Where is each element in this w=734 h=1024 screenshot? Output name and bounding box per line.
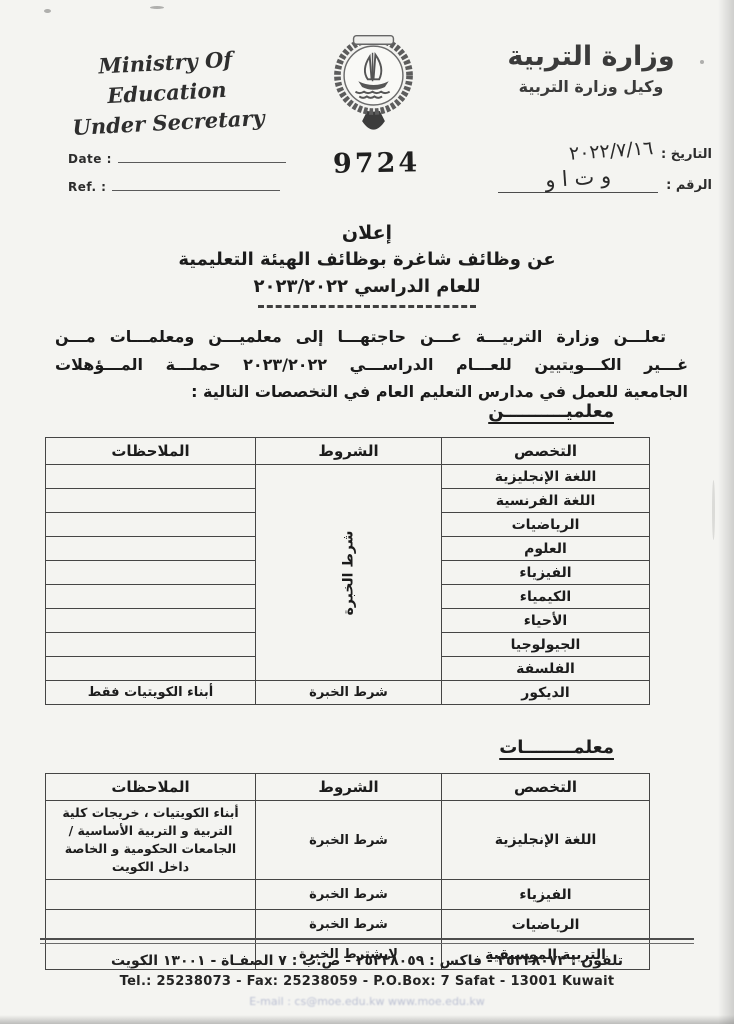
handwritten-ref-number: و ت ا و	[544, 164, 611, 193]
condition-cell: شرط الخبرة	[256, 681, 442, 705]
specialization-cell: اللغة الإنجليزية	[442, 465, 650, 489]
title-line-2: عن وظائف شاغرة بوظائف الهيئة التعليمية	[0, 246, 734, 273]
footer-email-line: E-mail : cs@moe.edu.kw www.moe.edu.kw	[0, 995, 734, 1008]
footer-double-rule	[40, 938, 694, 944]
specialization-cell: الرياضيات	[442, 910, 650, 940]
ref-label-ar: الرقم :	[666, 178, 712, 193]
footer-contact-en: Tel.: 25238073 - Fax: 25238059 - P.O.Box…	[0, 974, 734, 989]
title-line-1: إعلان	[0, 220, 734, 246]
stamped-serial-number: 9724	[333, 147, 421, 180]
title-dashed-underline	[258, 305, 476, 308]
intro-line-1: تعلـــن وزارة التربيـــة عـــن حاجتهـــا…	[55, 323, 688, 351]
col-header-specialization: التخصص	[442, 774, 650, 801]
letterhead-footer: تلفون : ٢٥٢٣٨٠٧٣ - فاكس : ٢٥٢٣٨٠٥٩ - ص.ب…	[0, 938, 734, 1008]
specialization-cell: اللغة الإنجليزية	[442, 801, 650, 880]
note-cell	[46, 633, 256, 657]
note-cell	[46, 585, 256, 609]
female-teachers-heading: معلمــــــــات	[45, 737, 649, 758]
specialization-cell: الأحياء	[442, 609, 650, 633]
specialization-cell: الديكور	[442, 681, 650, 705]
specialization-cell: الجيولوجيا	[442, 633, 650, 657]
table-row: اللغة الإنجليزية شرط الخبرة أبناء الكويت…	[46, 801, 650, 880]
kuwait-emblem-icon	[326, 30, 421, 146]
condition-cell: شرط الخبرة	[256, 801, 442, 880]
male-teachers-heading: معلميــــــــــن	[45, 401, 649, 422]
condition-cell: شرط الخبرة	[256, 880, 442, 910]
note-cell: أبناء الكويتيات ، خريجات كلية التربية و …	[46, 801, 256, 880]
scanned-announcement-page: Ministry Of Education Under Secretary وز…	[0, 0, 734, 1024]
date-ref-block-en: Date : Ref. :	[68, 152, 286, 208]
note-cell	[46, 561, 256, 585]
ministry-ar-line1: وزارة التربية	[476, 40, 706, 74]
footer-contact-ar: تلفون : ٢٥٢٣٨٠٧٣ - فاكس : ٢٥٢٣٨٠٥٩ - ص.ب…	[0, 953, 734, 969]
specialization-cell: الفيزياء	[442, 561, 650, 585]
table-row: الفيزياء شرط الخبرة	[46, 880, 650, 910]
col-header-notes: الملاحظات	[46, 774, 256, 801]
announcement-title: إعلان عن وظائف شاغرة بوظائف الهيئة التعل…	[0, 220, 734, 308]
vertical-condition-text: شرط الخبرة	[341, 484, 357, 661]
condition-cell: شرط الخبرة	[256, 910, 442, 940]
col-header-specialization: التخصص	[442, 438, 650, 465]
male-teachers-table: التخصص الشروط الملاحظات اللغة الإنجليزية…	[45, 437, 650, 705]
note-cell	[46, 880, 256, 910]
merged-condition-cell: شرط الخبرة	[256, 465, 442, 681]
note-cell	[46, 537, 256, 561]
scan-speck	[712, 480, 715, 540]
note-cell	[46, 513, 256, 537]
intro-paragraph: تعلـــن وزارة التربيـــة عـــن حاجتهـــا…	[55, 323, 688, 406]
specialization-cell: اللغة الفرنسية	[442, 489, 650, 513]
col-header-conditions: الشروط	[256, 438, 442, 465]
ref-label-en: Ref. :	[68, 180, 106, 194]
specialization-cell: الكيمياء	[442, 585, 650, 609]
intro-line-2: غـــير الكـــويتيين للعـــام الدراســـي …	[55, 351, 688, 379]
handwritten-date: ٢٠٢٢/٧/١٦	[568, 137, 654, 165]
specialization-cell: الفلسفة	[442, 657, 650, 681]
table-row: الرياضيات شرط الخبرة	[46, 910, 650, 940]
scan-speck	[44, 9, 51, 13]
under-secretary-ar: وكيل وزارة التربية	[476, 74, 706, 100]
table-row: اللغة الإنجليزية شرط الخبرة	[46, 465, 650, 489]
date-label-en: Date :	[68, 152, 112, 166]
specialization-cell: الفيزياء	[442, 880, 650, 910]
date-ref-block-ar: التاريخ : ٢٠٢٢/٧/١٦ الرقم : و ت ا و	[482, 140, 712, 197]
specialization-cell: العلوم	[442, 537, 650, 561]
title-line-3: للعام الدراسي ٢٠٢٣/٢٠٢٢	[0, 273, 734, 300]
specialization-cell: الرياضيات	[442, 513, 650, 537]
scan-edge-artifact	[718, 0, 734, 1024]
table-row: الديكور شرط الخبرة أبناء الكويتيات فقط	[46, 681, 650, 705]
table-header-row: التخصص الشروط الملاحظات	[46, 774, 650, 801]
scan-edge-artifact	[0, 1015, 734, 1024]
ministry-name-english: Ministry Of Education Under Secretary	[50, 42, 284, 144]
note-cell	[46, 657, 256, 681]
table-header-row: التخصص الشروط الملاحظات	[46, 438, 650, 465]
note-cell	[46, 489, 256, 513]
ref-blank-line	[112, 180, 280, 191]
ref-underline: و ت ا و	[498, 166, 658, 193]
note-cell	[46, 465, 256, 489]
date-blank-line	[118, 152, 286, 163]
ministry-name-arabic: وزارة التربية وكيل وزارة التربية	[476, 40, 706, 100]
col-header-conditions: الشروط	[256, 774, 442, 801]
date-label-ar: التاريخ :	[661, 147, 712, 162]
note-cell	[46, 609, 256, 633]
note-cell	[46, 910, 256, 940]
scan-speck	[150, 6, 164, 9]
note-cell: أبناء الكويتيات فقط	[46, 681, 256, 705]
col-header-notes: الملاحظات	[46, 438, 256, 465]
